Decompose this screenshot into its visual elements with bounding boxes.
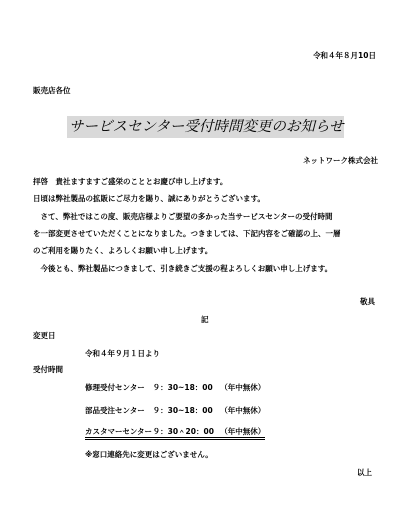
center-name: カスタマーセンター — [85, 426, 150, 437]
body-line: のご利用を賜りたく、よろしくお願い申し上げます。 — [33, 245, 212, 256]
center-name: 修理受付センター — [85, 382, 150, 393]
end-ijo: 以上 — [357, 467, 372, 478]
document-title: サービスセンター受付時間変更のお知らせ — [67, 116, 344, 138]
document-date: 令和４年８月10日 — [313, 50, 376, 61]
footnote: ※窓口連絡先に変更はございません。 — [85, 449, 213, 460]
body-line: 日頃は弊社製品の拡販にご尽力を賜り、誠にありがとうございます。 — [33, 193, 265, 204]
addressee: 販売店各位 — [33, 85, 71, 96]
center-row: 部品受注センター ９：30~18：00 （年中無休） — [85, 405, 265, 416]
body-line: さて、弊社ではこの度、販売店様よりご要望の多かった当サービスセンターの受付時間 — [33, 211, 333, 222]
hours-label: 受付時間 — [33, 364, 63, 375]
change-date-value: 令和４年９月１日より — [85, 348, 160, 359]
body-line: を一部変更させていただくことになりました。つきましては、下記内容をご確認の上、一… — [33, 228, 341, 239]
center-row: 修理受付センター ９：30~18：00 （年中無休） — [85, 382, 265, 393]
center-note: （年中無休） — [220, 405, 265, 416]
center-hours: ９：30＾20：00 — [153, 426, 218, 437]
change-date-label: 変更日 — [33, 330, 56, 341]
center-hours: ９：30~18：00 — [153, 405, 218, 416]
ki-heading: 記 — [201, 314, 209, 325]
body-line: 拝啓 貴社ますますご盛栄のこととお慶び申し上げます。 — [33, 176, 227, 187]
center-hours: ９：30~18：00 — [153, 382, 218, 393]
center-name: 部品受注センター — [85, 405, 150, 416]
sender: ネットワーク株式会社 — [303, 155, 378, 166]
center-note: （年中無休） — [220, 382, 265, 393]
center-note: （年中無休） — [220, 426, 265, 437]
closing-keigu: 敬具 — [360, 296, 375, 307]
center-row-highlighted: カスタマーセンター ９：30＾20：00 （年中無休） — [85, 426, 265, 440]
body-line: 今後とも、弊社製品につきまして、引き続きご支援の程よろしくお願い申し上げます。 — [33, 263, 332, 274]
